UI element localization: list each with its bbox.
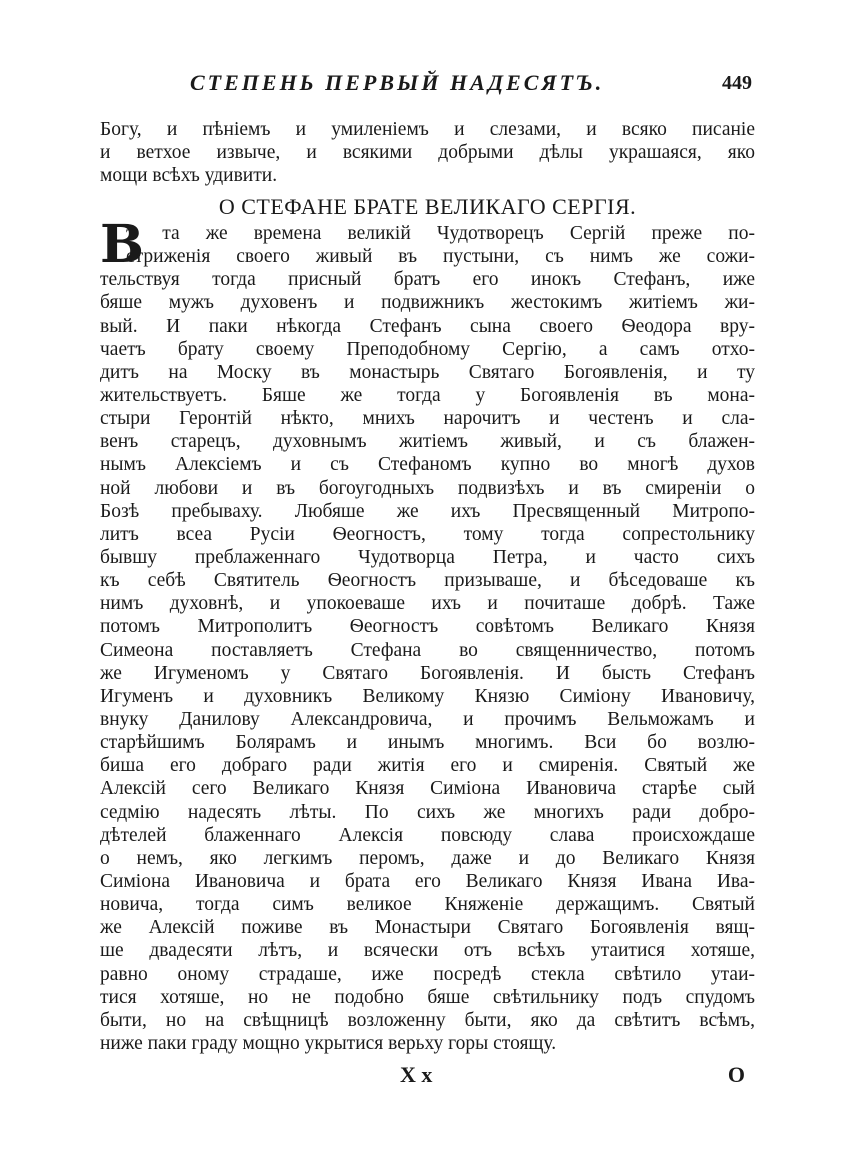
text-line: вый. И паки нѣкогда Стефанъ сына своего … [100, 315, 755, 338]
text-line: Алексій сего Великаго Князя Симіона Иван… [100, 777, 755, 800]
text-line: Бозѣ пребываху. Любяше же ихъ Пресвященн… [100, 500, 755, 523]
text-line: новича, тогда симъ великое Княженіе держ… [100, 893, 755, 916]
page-number: 449 [722, 72, 752, 95]
text-line: Игуменъ и духовникъ Великому Князю Симіо… [100, 685, 755, 708]
running-title: СТЕПЕНЬ ПЕРВЫЙ НАДЕСЯТЪ. [190, 70, 604, 96]
text-line: жительствуетъ. Бяше же тогда у Богоявлен… [100, 384, 755, 407]
text-line: ъ та же времена великій Чудотворецъ Серг… [100, 222, 755, 245]
running-head: СТЕПЕНЬ ПЕРВЫЙ НАДЕСЯТЪ. 449 [190, 70, 752, 100]
text-line: равно оному страдаше, иже посредѣ стекла… [100, 963, 755, 986]
text-line: ше двадесяти лѣтъ, и всячески отъ всѣхъ … [100, 939, 755, 962]
text-line: къ себѣ Святитель Ѳеогностъ призываше, и… [100, 569, 755, 592]
text-line: биша его добраго ради житія его и смирен… [100, 754, 755, 777]
text-line: внуку Данилову Александровича, и прочимъ… [100, 708, 755, 731]
text-line: тельствуя тогда присный братъ его инокъ … [100, 268, 755, 291]
text-line: Симеона поставляетъ Стефана во священнич… [100, 639, 755, 662]
text-line: венъ старецъ, духовнымъ житіемъ живый, и… [100, 430, 755, 453]
drop-cap: В [100, 220, 144, 270]
text-line: о немъ, яко легкимъ перомъ, даже и до Ве… [100, 847, 755, 870]
signature-mark: Х х [400, 1062, 432, 1088]
section-heading: О СТЕФАНЕ БРАТЕ ВЕЛИКАГО СЕРГІЯ. [100, 193, 755, 221]
text-line: бывшу преблаженнаго Чудотворца Петра, и … [100, 546, 755, 569]
text-line: стыри Геронтій нѣкто, мнихъ нарочитъ и ч… [100, 407, 755, 430]
text-line: тися хотяше, но не подобно бяше свѣтильн… [100, 986, 755, 1009]
text-line: ной любови и въ богоугодныхъ подвизѣхъ и… [100, 477, 755, 500]
text-line: литъ всеа Русіи Ѳеогностъ, тому тогда со… [100, 523, 755, 546]
text-line: быти, но на свѣщницѣ возложенну быти, як… [100, 1009, 755, 1032]
text-line: мощи всѣхъ удивити. [100, 164, 755, 187]
text-line: и ветхое извыче, и всякими добрыми дѣлы … [100, 141, 755, 164]
text-line: нимъ духовнѣ, и упокоеваше ихъ и почиташ… [100, 592, 755, 615]
text-line: же Алексій поживе въ Монастыри Святаго Б… [100, 916, 755, 939]
catchword: О [728, 1062, 745, 1088]
page-footer: Х х О [100, 1062, 755, 1092]
text-line: нымъ Алексіемъ и съ Стефаномъ купно во м… [100, 453, 755, 476]
text-line: стриженія своего живый въ пустыни, съ ни… [100, 245, 755, 268]
continuation-paragraph: Богу, и пѣніемъ и умиленіемъ и слезами, … [100, 118, 755, 187]
book-page: СТЕПЕНЬ ПЕРВЫЙ НАДЕСЯТЪ. 449 Богу, и пѣн… [0, 0, 854, 1150]
section-paragraph: В ъ та же времена великій Чудотворецъ Се… [100, 222, 755, 1055]
text-line: дѣтелей блаженнаго Алексія повсюду слава… [100, 824, 755, 847]
text-line: седмію надесять лѣты. По сихъ же многихъ… [100, 801, 755, 824]
text-line: дитъ на Моску въ монастырь Святаго Богоя… [100, 361, 755, 384]
text-line: бяше мужъ духовенъ и подвижникъ жестоким… [100, 291, 755, 314]
text-line: старѣйшимъ Болярамъ и инымъ многимъ. Вси… [100, 731, 755, 754]
text-line: же Игуменомъ у Святаго Богоявленія. И бы… [100, 662, 755, 685]
text-line: ниже паки граду мощно укрытися верьху го… [100, 1032, 755, 1055]
text-line: Симіона Ивановича и брата его Великаго К… [100, 870, 755, 893]
text-line: чаетъ брату своему Преподобному Сергію, … [100, 338, 755, 361]
text-line: Богу, и пѣніемъ и умиленіемъ и слезами, … [100, 118, 755, 141]
text-line: потомъ Митрополитъ Ѳеогностъ совѣтомъ Ве… [100, 615, 755, 638]
